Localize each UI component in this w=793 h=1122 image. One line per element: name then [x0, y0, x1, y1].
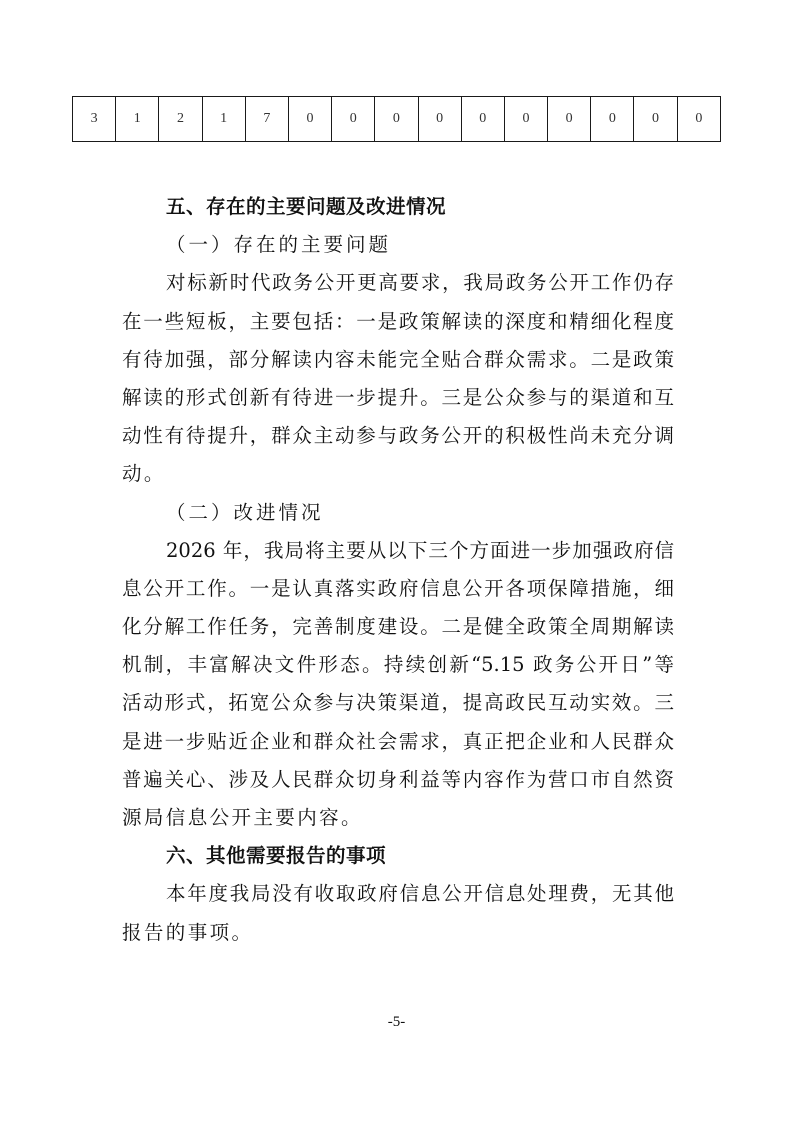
table-cell: 0	[677, 97, 720, 142]
table-cell: 0	[548, 97, 591, 142]
table-row: 3 1 2 1 7 0 0 0 0 0 0 0 0 0 0	[73, 97, 721, 142]
statistics-table-row: 3 1 2 1 7 0 0 0 0 0 0 0 0 0 0	[72, 96, 721, 142]
paragraph-other-matters: 本年度我局没有收取政府信息公开信息处理费，无其他 报告的事项。	[122, 875, 674, 951]
paragraph-line: 对标新时代政务公开更高要求，我局政务公开工作仍存	[122, 264, 674, 302]
subsection-1-heading: （一）存在的主要问题	[122, 226, 674, 264]
paragraph-line: 化分解工作任务，完善制度建设。二是健全政策全周期解读	[122, 608, 674, 646]
paragraph-line: 是进一步贴近企业和群众社会需求，真正把企业和人民群众	[122, 723, 674, 761]
paragraph-line: 动。	[122, 455, 674, 493]
section-6-heading: 六、其他需要报告的事项	[122, 837, 674, 875]
section-5-heading: 五、存在的主要问题及改进情况	[122, 188, 674, 226]
table-cell: 0	[288, 97, 331, 142]
table-cell: 7	[245, 97, 288, 142]
page-number: -5-	[0, 1014, 793, 1031]
table-cell: 0	[634, 97, 677, 142]
paragraph-line: 动性有待提升，群众主动参与政务公开的积极性尚未充分调	[122, 417, 674, 455]
table-cell: 0	[332, 97, 375, 142]
table-cell: 0	[461, 97, 504, 142]
paragraph-line: 解读的形式创新有待进一步提升。三是公众参与的渠道和互	[122, 379, 674, 417]
table-cell: 2	[159, 97, 202, 142]
table-cell: 1	[202, 97, 245, 142]
table-cell: 1	[116, 97, 159, 142]
document-body: 五、存在的主要问题及改进情况 （一）存在的主要问题 对标新时代政务公开更高要求，…	[122, 188, 674, 952]
paragraph-line: 普遍关心、涉及人民群众切身利益等内容作为营口市自然资	[122, 761, 674, 799]
paragraph-line: 在一些短板，主要包括：一是政策解读的深度和精细化程度	[122, 303, 674, 341]
table-cell: 0	[504, 97, 547, 142]
paragraph-line: 机制，丰富解决文件形态。持续创新“5.15 政务公开日”等	[122, 646, 674, 684]
table-cell: 0	[375, 97, 418, 142]
paragraph-line: 本年度我局没有收取政府信息公开信息处理费，无其他	[122, 875, 674, 913]
subsection-2-heading: （二）改进情况	[122, 494, 674, 532]
paragraph-improvements: 2026 年，我局将主要从以下三个方面进一步加强政府信 息公开工作。一是认真落实…	[122, 532, 674, 838]
paragraph-line: 2026 年，我局将主要从以下三个方面进一步加强政府信	[122, 532, 674, 570]
paragraph-line: 源局信息公开主要内容。	[122, 799, 674, 837]
paragraph-problems: 对标新时代政务公开更高要求，我局政务公开工作仍存 在一些短板，主要包括：一是政策…	[122, 264, 674, 493]
table-cell: 0	[591, 97, 634, 142]
paragraph-line: 活动形式，拓宽公众参与决策渠道，提高政民互动实效。三	[122, 684, 674, 722]
table-cell: 3	[73, 97, 116, 142]
paragraph-line: 有待加强，部分解读内容未能完全贴合群众需求。二是政策	[122, 341, 674, 379]
paragraph-line: 报告的事项。	[122, 914, 674, 952]
table-cell: 0	[418, 97, 461, 142]
paragraph-line: 息公开工作。一是认真落实政府信息公开各项保障措施，细	[122, 570, 674, 608]
